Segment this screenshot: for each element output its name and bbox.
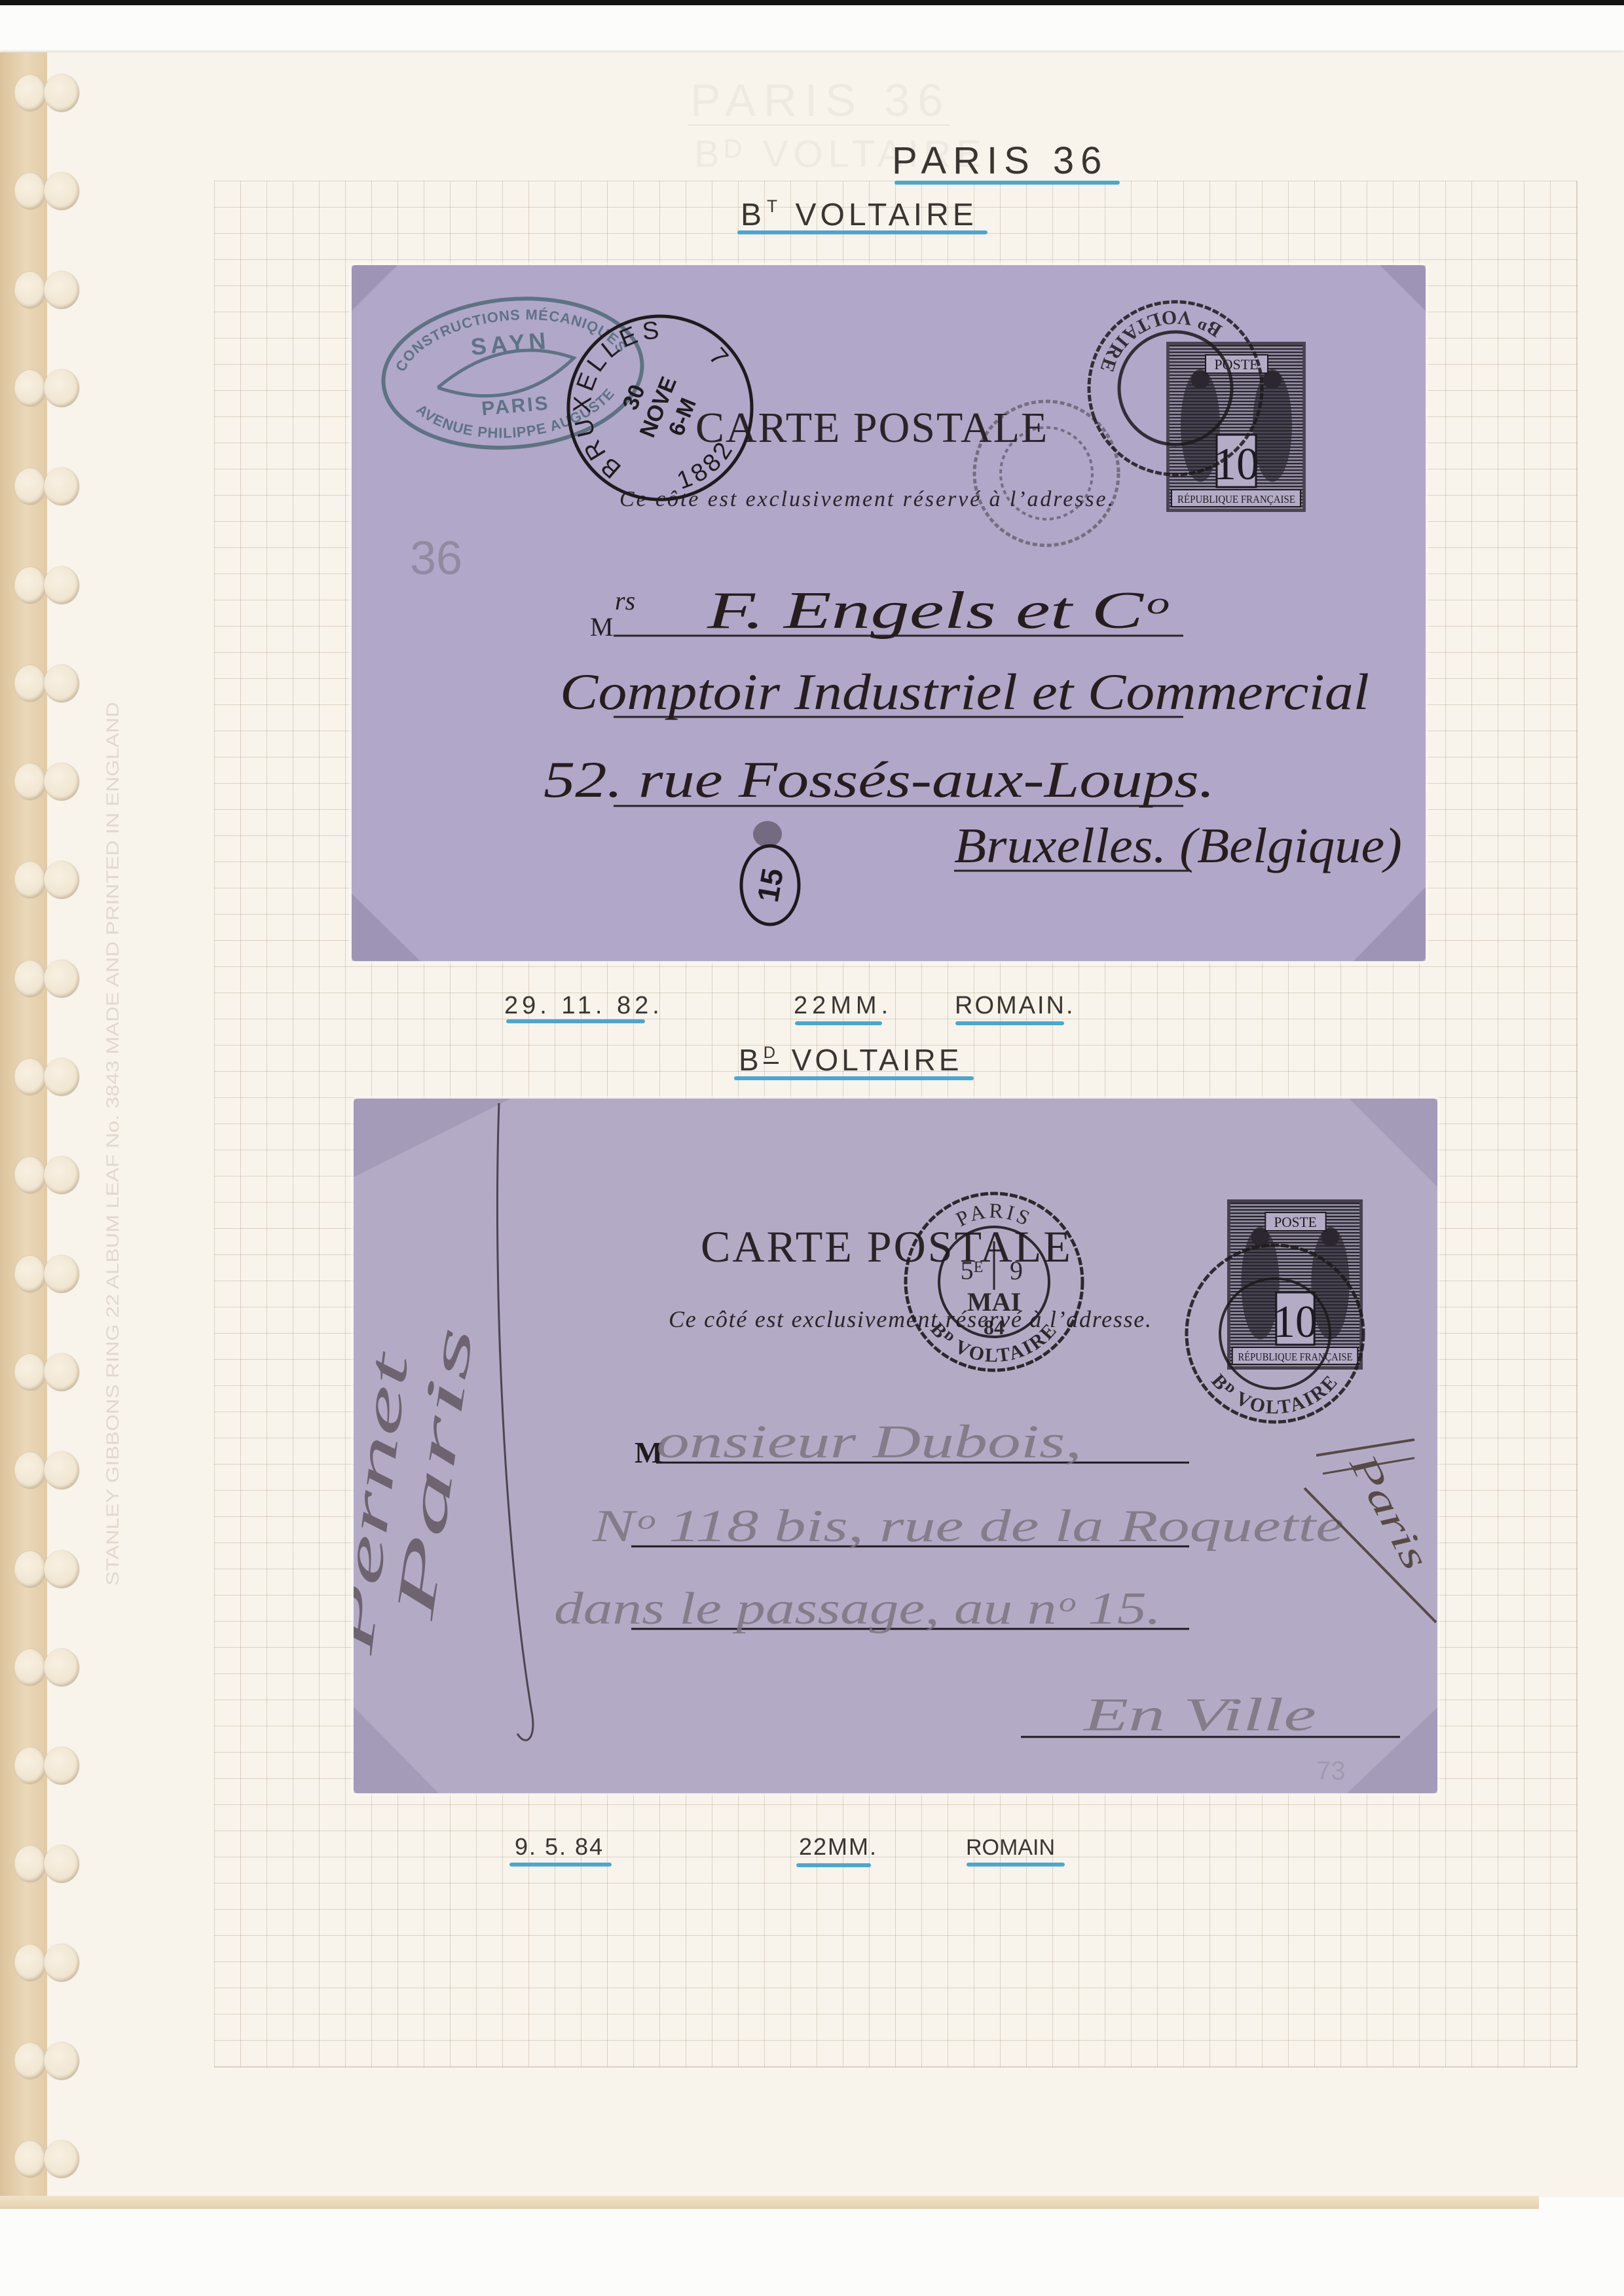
entry-2-size: 22MM.	[799, 1835, 877, 1859]
entry-2-style-underline	[967, 1863, 1065, 1867]
postmark: PARIS Bᴰ VOLTAIRE 5ᴱ 9 MAI 84	[906, 1194, 1082, 1370]
stamp-value: 10	[1273, 1296, 1318, 1347]
punch-hole	[14, 567, 46, 604]
punch-hole	[14, 1354, 46, 1391]
postmark-month: MAI	[967, 1287, 1021, 1317]
heading-sup: T	[767, 196, 781, 216]
entry-2-heading-underline	[734, 1076, 974, 1080]
punch-hole	[44, 1747, 79, 1785]
punch-hole	[14, 173, 46, 210]
punch-hole	[14, 1846, 46, 1882]
postmark-year: 84	[984, 1315, 1005, 1339]
punch-hole	[44, 1649, 79, 1686]
punch-hole	[14, 1747, 46, 1784]
page-title: PARIS 36	[892, 142, 1108, 180]
page-title-underline	[895, 181, 1120, 185]
ghost-title: PARIS 36	[690, 77, 951, 123]
stamp-value: 10	[1213, 439, 1259, 490]
punch-hole	[44, 467, 79, 505]
entry-2-heading: BD VOLTAIRE	[739, 1045, 962, 1075]
punch-hole	[14, 1649, 46, 1686]
pencil-number: 73	[1316, 1757, 1346, 1785]
punch-hole	[14, 2043, 46, 2079]
address-prefix: M	[590, 612, 614, 642]
punch-hole	[44, 369, 79, 407]
pencil-number: 36	[410, 532, 462, 585]
punch-hole	[14, 272, 46, 308]
punch-hole	[14, 1059, 46, 1095]
punch-hole	[14, 75, 46, 111]
entry-1-size-underline	[795, 1021, 882, 1025]
punch-hole	[14, 763, 46, 800]
punch-hole	[44, 1550, 79, 1588]
heading-prefix: B	[739, 1043, 762, 1077]
postcard-2: CARTE POSTALE Ce côté est exclusivement …	[354, 1099, 1437, 1793]
ghost-rule	[688, 124, 950, 126]
entry-1-heading: BT VOLTAIRE	[741, 198, 978, 231]
entry-1-heading-underline	[737, 230, 987, 234]
punch-hole	[14, 1944, 46, 1981]
punch-hole	[14, 862, 46, 898]
stamp-label: POSTE	[1214, 356, 1258, 373]
handwritten-address: rs F. Engels et Cᵒ Comptoir Industriel e…	[544, 582, 1402, 873]
address-line-2: Comptoir Industriel et Commercial	[560, 663, 1369, 720]
punch-hole	[44, 960, 79, 998]
punch-hole	[44, 172, 79, 210]
entry-2-size-underline	[796, 1863, 871, 1867]
address-line-3: 52. rue Fossés-aux-Loups.	[544, 751, 1215, 808]
punch-hole	[44, 1944, 79, 1982]
leaf-imprint-text: STANLEY GIBBONS RING 22 ALBUM LEAF No. 3…	[103, 702, 122, 1586]
address-line-1: onsieur Dubois,	[656, 1415, 1082, 1468]
punch-hole	[14, 960, 46, 997]
leaf-bottom-edge	[0, 2196, 1539, 2209]
entry-2-date-underline	[509, 1863, 612, 1867]
punch-hole	[44, 1156, 79, 1194]
punch-hole	[44, 1058, 79, 1096]
entry-1-date: 29. 11. 82.	[504, 993, 663, 1018]
address-line-4: En Ville	[1082, 1688, 1316, 1741]
punch-hole	[14, 665, 46, 702]
leaf-imprint: STANLEY GIBBONS RING 22 ALBUM LEAF No. 3…	[98, 694, 124, 1591]
punch-hole	[44, 271, 79, 309]
heading-sup: D	[764, 1044, 779, 1064]
postcard-2-face: CARTE POSTALE Ce côté est exclusivement …	[354, 1099, 1437, 1793]
heading-name: VOLTAIRE	[792, 1043, 963, 1077]
postcard-1-face: CARTE POSTALE Ce côté est exclusivement …	[352, 265, 1426, 961]
punch-hole	[44, 1255, 79, 1293]
punch-hole	[14, 370, 46, 407]
entry-1-style: ROMAIN.	[955, 993, 1075, 1018]
punch-hole	[14, 1452, 46, 1489]
postmark-time: 5ᴱ	[961, 1256, 984, 1285]
punch-hole	[14, 1256, 46, 1292]
punch-hole	[14, 468, 46, 505]
heading-prefix: B	[741, 198, 766, 232]
heading-name: VOLTAIRE	[795, 198, 977, 232]
margin-note-text: Paris	[1341, 1446, 1437, 1576]
punch-hole	[44, 763, 79, 801]
punch-hole	[44, 665, 79, 702]
entry-1-style-underline	[955, 1021, 1064, 1025]
address-line-1: F. Engels et Cᵒ	[707, 582, 1169, 640]
address-line-3: dans le passage, au nᵒ 15.	[554, 1584, 1161, 1634]
punch-hole	[44, 1451, 79, 1489]
punch-hole	[44, 861, 79, 899]
sender-cachet: CONSTRUCTIONS MÉCANIQUES SAYN PARIS AVEN…	[377, 288, 648, 458]
entry-2-date: 9. 5. 84	[515, 1835, 604, 1859]
punch-hole	[14, 2141, 46, 2178]
sender-cachet-name: SAYN	[470, 327, 551, 360]
punch-hole	[44, 1845, 79, 1883]
stamp-label: POSTE	[1274, 1214, 1316, 1230]
punch-hole	[14, 1157, 46, 1194]
punch-hole	[44, 2140, 79, 2178]
postage-stamp-imprint: POSTE 10 RÉPUBLIQUE FRANÇAISE	[1166, 342, 1306, 512]
punch-hole	[14, 1551, 46, 1588]
svg-text:Bᴰ VOLTAIRE: Bᴰ VOLTAIRE	[1207, 1370, 1342, 1419]
address-line-4: Bruxelles. (Belgique)	[954, 818, 1402, 873]
postcard-1: CARTE POSTALE Ce côté est exclusivement …	[352, 265, 1426, 961]
address-prefix-sup: rs	[615, 586, 635, 615]
entry-2-style: ROMAIN	[966, 1836, 1055, 1859]
punch-hole	[44, 74, 79, 112]
punch-hole	[44, 2042, 79, 2080]
punch-hole	[44, 1353, 79, 1391]
scan-top-edge	[0, 0, 1624, 5]
stamp-country: RÉPUBLIQUE FRANÇAISE	[1238, 1351, 1353, 1363]
carrier-mark-number: 15	[750, 866, 790, 904]
sender-signature: Pernet Paris	[354, 1103, 533, 1740]
punch-hole	[44, 566, 79, 604]
entry-1-date-underline	[506, 1019, 645, 1023]
stamp-cancel-bottom: Bᴰ VOLTAIRE	[1207, 1370, 1342, 1419]
handwritten-address: onsieur Dubois, Nᵒ 118 bis, rue de la Ro…	[554, 1415, 1344, 1741]
stamp-country: RÉPUBLIQUE FRANÇAISE	[1177, 493, 1295, 505]
postmark-day: 9	[1010, 1256, 1023, 1285]
entry-1-size: 22MM.	[794, 993, 893, 1018]
address-line-2: Nᵒ 118 bis, rue de la Roquette	[592, 1501, 1344, 1552]
carrier-mark: 15	[741, 821, 799, 924]
